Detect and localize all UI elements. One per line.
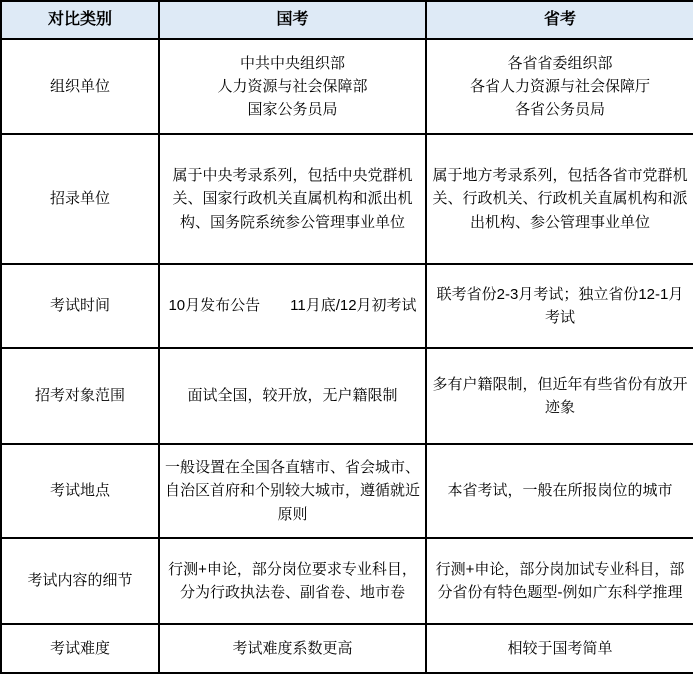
data-cell-guokao: 行测+申论，部分岗位要求专业科目，分为行政执法卷、副省卷、地市卷	[159, 538, 426, 624]
row-label-cell: 考试内容的细节	[1, 538, 159, 624]
row-label-cell: 考试难度	[1, 624, 159, 673]
data-cell-guokao: 10月发布公告 11月底/12月初考试	[159, 264, 426, 348]
data-cell-shengkao: 联考省份2-3月考试；独立省份12-1月考试	[426, 264, 693, 348]
table-row-exam-location: 考试地点 一般设置在全国各直辖市、省会城市、自治区首府和个别较大城市，遵循就近原…	[1, 444, 693, 538]
row-label-cell: 招考对象范围	[1, 348, 159, 444]
row-label-cell: 考试时间	[1, 264, 159, 348]
table-row-exam-content: 考试内容的细节 行测+申论，部分岗位要求专业科目，分为行政执法卷、副省卷、地市卷…	[1, 538, 693, 624]
table-row-exam-difficulty: 考试难度 考试难度系数更高 相较于国考简单	[1, 624, 693, 673]
data-cell-shengkao: 行测+申论，部分岗加试专业科目，部分省份有特色题型-例如广东科学推理	[426, 538, 693, 624]
data-cell-shengkao: 相较于国考简单	[426, 624, 693, 673]
row-label-cell: 考试地点	[1, 444, 159, 538]
table-row-recruiting-unit: 招录单位 属于中央考录系列，包括中央党群机关、国家行政机关直属机构和派出机构、国…	[1, 134, 693, 264]
table-header-row: 对比类别 国考 省考	[1, 1, 693, 39]
header-cell-shengkao: 省考	[426, 1, 693, 39]
data-cell-shengkao: 多有户籍限制，但近年有些省份有放开迹象	[426, 348, 693, 444]
row-label-cell: 组织单位	[1, 39, 159, 134]
data-cell-shengkao: 各省省委组织部 各省人力资源与社会保障厅 各省公务员局	[426, 39, 693, 134]
data-cell-guokao: 一般设置在全国各直辖市、省会城市、自治区首府和个别较大城市，遵循就近原则	[159, 444, 426, 538]
data-cell-shengkao: 本省考试，一般在所报岗位的城市	[426, 444, 693, 538]
data-cell-guokao: 面试全国，较开放，无户籍限制	[159, 348, 426, 444]
data-cell-shengkao: 属于地方考录系列，包括各省市党群机关、行政机关、行政机关直属机构和派出机构、参公…	[426, 134, 693, 264]
header-cell-category: 对比类别	[1, 1, 159, 39]
table-row-organizing-unit: 组织单位 中共中央组织部 人力资源与社会保障部 国家公务员局 各省省委组织部 各…	[1, 39, 693, 134]
header-cell-guokao: 国考	[159, 1, 426, 39]
table-row-candidate-scope: 招考对象范围 面试全国，较开放，无户籍限制 多有户籍限制，但近年有些省份有放开迹…	[1, 348, 693, 444]
data-cell-guokao: 考试难度系数更高	[159, 624, 426, 673]
table-row-exam-time: 考试时间 10月发布公告 11月底/12月初考试 联考省份2-3月考试；独立省份…	[1, 264, 693, 348]
data-cell-guokao: 中共中央组织部 人力资源与社会保障部 国家公务员局	[159, 39, 426, 134]
exam-comparison-table: 对比类别 国考 省考 组织单位 中共中央组织部 人力资源与社会保障部 国家公务员…	[0, 0, 693, 674]
data-cell-guokao: 属于中央考录系列，包括中央党群机关、国家行政机关直属机构和派出机构、国务院系统参…	[159, 134, 426, 264]
row-label-cell: 招录单位	[1, 134, 159, 264]
